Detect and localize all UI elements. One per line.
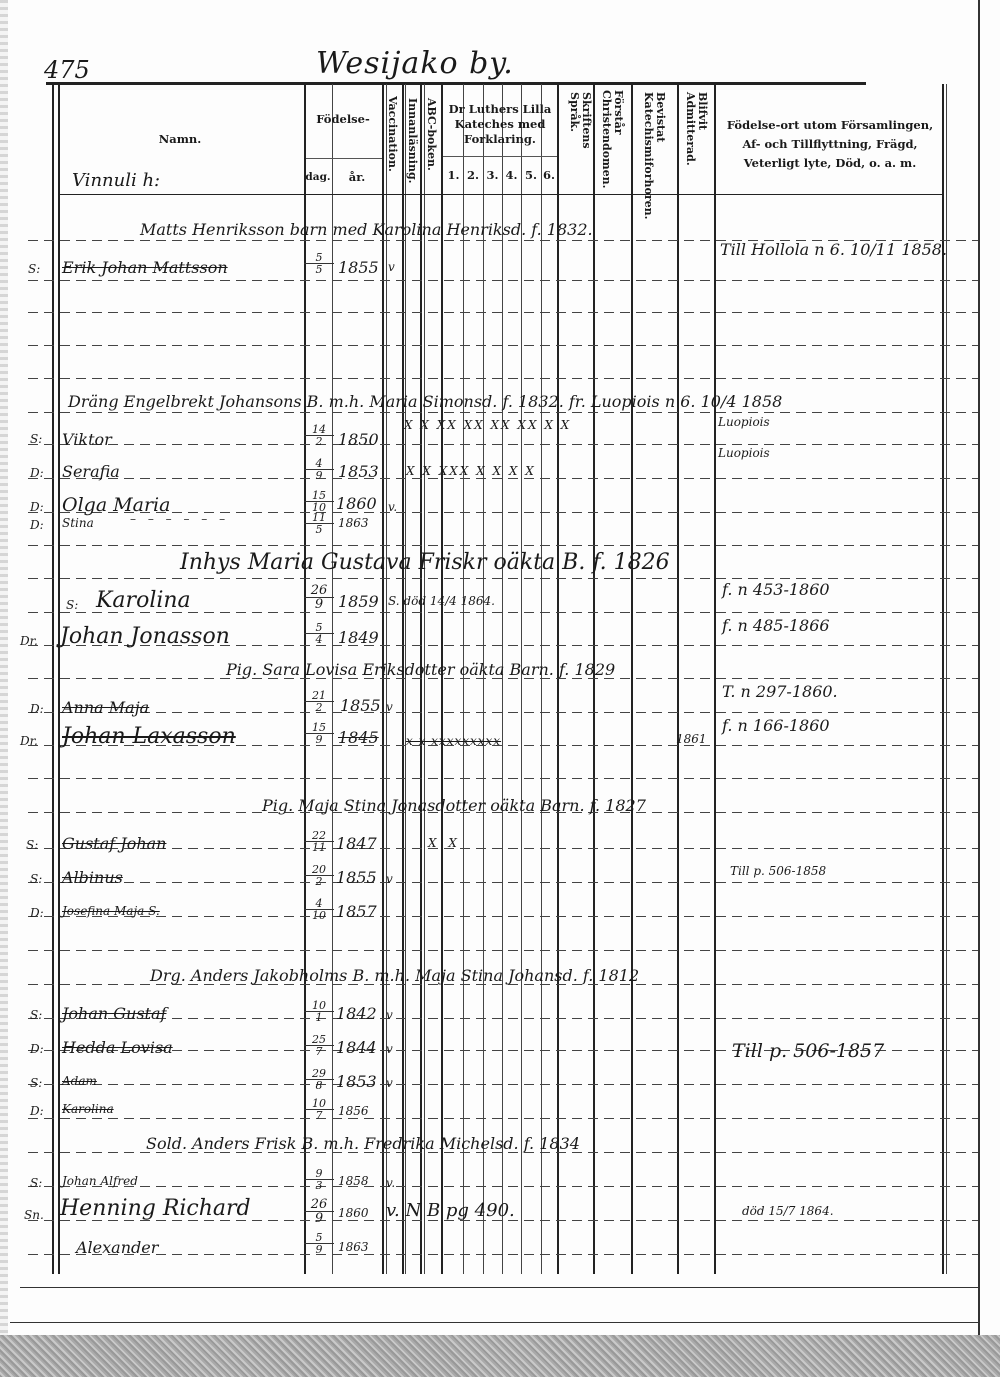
- birth-day-month: 142: [304, 424, 334, 447]
- member-prefix: Sn.: [24, 1208, 44, 1222]
- member-name: Erik Johan Mattsson: [62, 258, 228, 277]
- mark-vaccination: v: [386, 872, 393, 886]
- member-prefix: D:: [30, 702, 44, 716]
- header-forstar-christendomen: Förstår Christendomen.: [598, 90, 624, 190]
- family-heading: Inhys Maria Gustava Friskr oäkta B. f. 1…: [180, 550, 670, 575]
- death-note: S. död 14/4 1864.: [388, 594, 495, 608]
- birth-day-month: 101: [304, 1000, 334, 1023]
- header-katekes: Dr Luthers Lilla Kateches med Forklaring…: [444, 102, 556, 147]
- member-prefix: S:: [30, 432, 42, 446]
- member-prefix: S:: [66, 598, 78, 612]
- birth-day-month: 49: [304, 458, 334, 481]
- header-abc-boken: ABC-boken.: [425, 98, 437, 190]
- birth-day-month: 212: [304, 690, 334, 713]
- remark: T. n 297-1860.: [722, 682, 838, 701]
- remark: f. n 166-1860: [722, 716, 830, 735]
- member-name: Albinus: [62, 868, 123, 887]
- birth-day-month: 257: [304, 1034, 334, 1057]
- catechism-marks: X X: [428, 836, 461, 850]
- catechism-marks: X X XX XX XX XX X X: [404, 418, 571, 432]
- member-prefix: D:: [30, 906, 44, 920]
- birth-day-month: 1510: [304, 490, 334, 513]
- birth-day-month: 410: [304, 898, 334, 921]
- top-rule: [46, 82, 866, 85]
- member-name: Alexander: [76, 1238, 158, 1257]
- member-prefix: S:: [30, 1076, 42, 1090]
- member-name: Johan Gustaf: [62, 1004, 166, 1023]
- admitted-year: 1861: [676, 732, 707, 746]
- page-edge: [0, 0, 8, 1377]
- family-heading: Drg. Anders Jakobholms B. m.h. Maja Stin…: [150, 966, 639, 985]
- page-binding-line: [978, 0, 980, 1377]
- member-prefix: D:: [30, 1104, 44, 1118]
- birth-day-month: 202: [304, 864, 334, 887]
- header-vaccination: Vaccination.: [386, 96, 398, 192]
- member-prefix: Dr.: [20, 734, 38, 748]
- header-underline: [58, 194, 304, 195]
- family-heading: Pig. Maja Stina Jonasdotter oäkta Barn. …: [262, 796, 646, 815]
- member-prefix: D:: [30, 518, 44, 532]
- mark-vaccination: v: [386, 1076, 393, 1090]
- member-prefix: S:: [30, 1176, 42, 1190]
- remark: död 15/7 1864.: [742, 1204, 834, 1218]
- header-blifvit-admitterad: Blifvit Admitterad.: [682, 92, 708, 162]
- catechism-marks: x x xxxxxxxxx: [406, 734, 501, 748]
- mark-vaccination: v.: [388, 500, 397, 514]
- birth-year: 1858: [338, 1174, 369, 1188]
- remark: Luopiois: [718, 446, 770, 460]
- birth-year: 1860: [338, 1206, 369, 1220]
- birth-year: 1850: [338, 430, 379, 449]
- member-name: Johan Laxasson: [62, 724, 236, 749]
- remark: f. n 485-1866: [722, 616, 830, 635]
- member-name: Josefina Maja S.: [62, 904, 160, 918]
- birth-day-month: 93: [304, 1168, 334, 1191]
- birth-day-month: 59: [304, 1232, 334, 1255]
- member-prefix: S:: [26, 838, 38, 852]
- member-name: Karolina: [62, 1102, 114, 1116]
- mark-vaccination: v: [388, 260, 395, 274]
- birth-year: 1847: [336, 834, 377, 853]
- birth-day-month: 55: [304, 252, 334, 275]
- birth-year: 1857: [336, 902, 377, 921]
- birth-day-month: 54: [304, 622, 334, 645]
- birth-day-month: 269: [304, 1198, 334, 1225]
- birth-day-month: 159: [304, 722, 334, 745]
- scan-edge-shadow: [0, 1335, 1000, 1377]
- dash-filler: – – – – – –: [130, 512, 229, 526]
- mark-vaccination: v: [386, 1008, 393, 1022]
- birth-day-month: 115: [304, 512, 334, 535]
- section-label: Vinnuli h:: [72, 170, 160, 191]
- birth-day-month: 269: [304, 584, 334, 611]
- birth-year: 1842: [336, 1004, 377, 1023]
- member-prefix: D:: [30, 500, 44, 514]
- header-skriftens-sprak: Skriftens Språk.: [568, 92, 592, 192]
- birth-year: 1856: [338, 1104, 369, 1118]
- remark: f. n 453-1860: [722, 580, 830, 599]
- family-heading: Pig. Sara Lovisa Eriksdotter oäkta Barn.…: [226, 660, 615, 679]
- member-prefix: D:: [30, 1042, 44, 1056]
- birth-year: 1860: [336, 494, 377, 513]
- header-fodelse: Födelse-: [304, 112, 382, 127]
- birth-year: 1863: [338, 1240, 369, 1254]
- header-ar: år.: [332, 170, 382, 185]
- member-name: Viktor: [62, 430, 112, 449]
- birth-day-month: 2211: [304, 830, 334, 853]
- member-name: Johan Alfred: [62, 1174, 138, 1188]
- member-name: Henning Richard: [60, 1196, 251, 1221]
- header-innanlasning: Innanläsning.: [406, 98, 418, 190]
- remark: Till p. 506-1857: [732, 1040, 884, 1062]
- mark-vaccination: v: [386, 700, 393, 714]
- birth-day-month: 298: [304, 1068, 334, 1091]
- member-name: Johan Jonasson: [60, 624, 230, 649]
- header-dag: dag.: [304, 170, 332, 185]
- remark: Luopiois: [718, 415, 770, 429]
- birth-year: 1855: [336, 868, 377, 887]
- family-heading: Matts Henriksson barn med Karolina Henri…: [140, 220, 593, 239]
- birth-year: 1844: [336, 1038, 377, 1057]
- header-remarks: Födelse-ort utom Församlingen, Af- och T…: [722, 116, 938, 173]
- member-name: Serafia: [62, 462, 120, 481]
- member-prefix: S:: [28, 262, 40, 276]
- member-name: Karolina: [96, 588, 191, 613]
- birth-year: 1859: [338, 592, 379, 611]
- village-title: Wesijako by.: [316, 46, 514, 81]
- mark-vaccination: v.: [386, 1176, 395, 1190]
- birth-year: 1853: [336, 1072, 377, 1091]
- header-bevistat-katechismiforhoren: Bevistat Katechismiforhoren.: [638, 92, 666, 192]
- birth-year: 1863: [338, 516, 369, 530]
- birth-year: 1845: [338, 728, 379, 747]
- member-name: Stina: [62, 516, 94, 530]
- member-name: Adam: [62, 1074, 97, 1088]
- remark: Till p. 506-1858: [730, 864, 826, 878]
- birth-year: 1853: [338, 462, 379, 481]
- note-marks: v. N B pg 490.: [386, 1200, 515, 1221]
- page-number: 475: [44, 56, 90, 84]
- member-prefix: S:: [30, 872, 42, 886]
- member-prefix: S:: [30, 1008, 42, 1022]
- family-heading: Sold. Anders Frisk B. m.h. Fredrika Mich…: [146, 1134, 580, 1153]
- family-heading: Dräng Engelbrekt Johansons B. m.h. Maria…: [68, 392, 782, 411]
- member-prefix: Dr.: [20, 634, 38, 648]
- birth-year: 1849: [338, 628, 379, 647]
- member-name: Hedda Lovisa: [62, 1038, 173, 1057]
- mark-vaccination: v: [386, 1042, 393, 1056]
- birth-day-month: 107: [304, 1098, 334, 1121]
- member-name: Gustaf Johan: [62, 834, 166, 853]
- birth-year: 1855: [340, 696, 381, 715]
- member-name: Anna Maja: [62, 698, 149, 717]
- remark: Till Hollola n 6. 10/11 1858.: [720, 240, 947, 259]
- birth-year: 1855: [338, 258, 379, 277]
- member-prefix: D:: [30, 466, 44, 480]
- header-namn: Namn.: [130, 132, 230, 147]
- catechism-marks: X X XXX X X X X: [406, 464, 536, 478]
